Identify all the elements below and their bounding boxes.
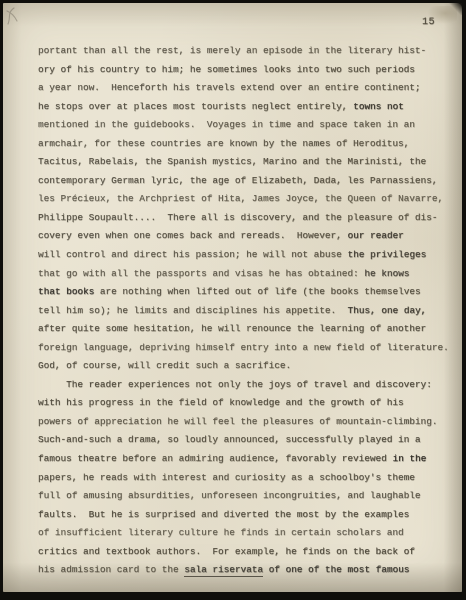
typescript-line: with his progress in the field of knowle… bbox=[38, 394, 458, 413]
photo-background: 15 portant than all the rest, is merely … bbox=[0, 0, 466, 600]
typescript-line: The reader experiences not only the joys… bbox=[38, 376, 458, 395]
typescript-line: his admission card to the sala riservata… bbox=[38, 561, 458, 580]
underlined-phrase: sala riservata bbox=[184, 564, 263, 577]
typescript-line: famous theatre before an admiring audien… bbox=[38, 450, 458, 469]
typescript-line: les Précieux, the Archpriest of Hita, Ja… bbox=[38, 190, 458, 209]
typescript-line: powers of appreciation he will feel the … bbox=[38, 413, 458, 432]
typescript-line: full of amusing absurdities, unforeseen … bbox=[38, 487, 458, 506]
typescript-line: that go with all the passports and visas… bbox=[38, 265, 458, 284]
typescript-line: after quite some hesitation, he will ren… bbox=[38, 320, 458, 339]
typescript-line: portant than all the rest, is merely an … bbox=[38, 42, 458, 61]
typescript-line: foreign language, depriving himself entr… bbox=[38, 339, 458, 358]
page-number: 15 bbox=[422, 17, 435, 28]
pencil-mark bbox=[4, 4, 22, 28]
typescript-line: papers, he reads with interest and curio… bbox=[38, 469, 458, 488]
typescript-line: he stops over at places most tourists ne… bbox=[38, 98, 458, 117]
page-corner-shadow bbox=[446, 1, 464, 15]
typescript-line: Philippe Soupault.... There all is disco… bbox=[38, 209, 458, 228]
typescript-line: God, of course, will credit such a sacri… bbox=[38, 357, 458, 376]
typescript-line: that books are nothing when lifted out o… bbox=[38, 283, 458, 302]
typescript-line: armchair, for these countries are known … bbox=[38, 135, 458, 154]
typescript-line: tell him so); he limits and disciplines … bbox=[38, 302, 458, 321]
typescript-line: covery even when one comes back and rere… bbox=[38, 227, 458, 246]
typescript-line: mentioned in the guidebooks. Voyages in … bbox=[38, 116, 458, 135]
typescript-line: Such-and-such a drama, so loudly announc… bbox=[38, 431, 458, 450]
typescript-line: critics and textbook authors. For exampl… bbox=[38, 543, 458, 562]
typescript-line: of insufficient literary culture he find… bbox=[38, 524, 458, 543]
typescript-text: portant than all the rest, is merely an … bbox=[38, 42, 458, 580]
typescript-line: Tacitus, Rabelais, the Spanish mystics, … bbox=[38, 153, 458, 172]
typescript-line: a year now. Henceforth his travels exten… bbox=[38, 79, 458, 98]
typescript-line: contemporary German lyric, the age of El… bbox=[38, 172, 458, 191]
typescript-page: 15 portant than all the rest, is merely … bbox=[3, 3, 462, 592]
typescript-line: will control and direct his passion; he … bbox=[38, 246, 458, 265]
typescript-line: faults. But he is surprised and diverted… bbox=[38, 506, 458, 525]
typescript-line: ory of his country to him; he sometimes … bbox=[38, 61, 458, 80]
